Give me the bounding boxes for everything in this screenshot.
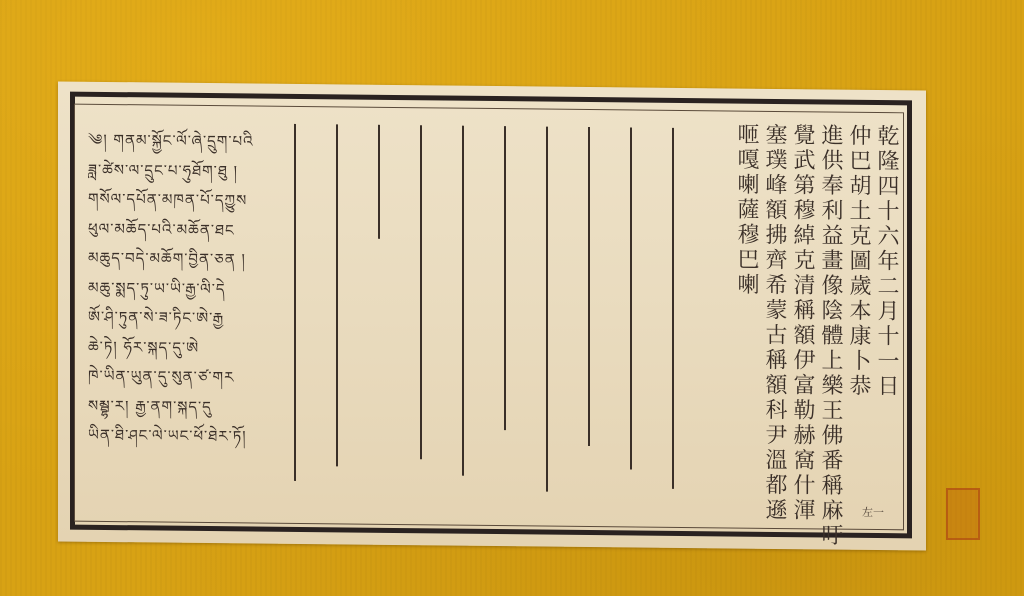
mongolian-column — [288, 124, 302, 504]
chinese-text-block: 乾隆四十六年二月十一日 仲巴胡土克圖歲本康卜恭 進供奉利益畫像陰體上樂王佛番稱麻… — [734, 123, 898, 550]
tibetan-line: ཟླ་ཚེས་ལ་དྲུང་པ་ཧུཐོག་ཐུ ། — [88, 155, 288, 187]
red-seal-stamp — [946, 488, 980, 540]
tibetan-text-block: ༄། གནམ་སྐྱོང་ལོ་ཞེ་དྲུག་པའི ཟླ་ཚེས་ལ་དྲུ… — [88, 126, 288, 453]
tibetan-line: ཨོ་ཤི་ཏུན་སེ་ཟ་ཏིང་ཨེ་རྒྱ — [88, 303, 288, 335]
mongolian-column — [540, 127, 554, 507]
chinese-column: 覺武第穆綽克清稱額伊富勒赫窩什渾 — [790, 123, 814, 548]
chinese-column-date: 乾隆四十六年二月十一日 — [874, 124, 898, 549]
mongolian-text-block — [288, 124, 728, 509]
mongolian-column — [624, 127, 638, 507]
mongolian-column — [498, 126, 512, 506]
document-paper: ༄། གནམ་སྐྱོང་ལོ་ཞེ་དྲུག་པའི ཟླ་ཚེས་ལ་དྲུ… — [58, 81, 926, 550]
chinese-column: 咂嘎喇薩穆巴喇 — [734, 123, 758, 548]
tibetan-line: ཆེ་ཏེ། ཧོར་སྐད་དུ་ཨེ — [88, 332, 288, 364]
tibetan-line: གསོལ་དཔོན་མཁན་པོ་དཀྱུས — [88, 185, 288, 217]
chinese-column: 塞璞峰額拂齊希蒙古稱額科尹溫都遜 — [762, 123, 786, 548]
mongolian-column — [666, 128, 680, 508]
mongolian-column — [330, 124, 344, 504]
tibetan-line: ༄། གནམ་སྐྱོང་ལོ་ཞེ་དྲུག་པའི — [88, 126, 288, 158]
tibetan-line: མཆུད་བདེ་མཆོག་བྱིན་ཅན ། — [88, 244, 288, 276]
tibetan-line: ཡིན་ཐི་ཤང་ལེ་ཡང་ཕོ་ཐེར་ཏོ། — [88, 421, 288, 453]
mongolian-column — [456, 126, 470, 506]
chinese-column: 仲巴胡土克圖歲本康卜恭 — [846, 124, 870, 549]
mongolian-column — [414, 125, 428, 505]
mongolian-column — [372, 125, 386, 505]
tibetan-line: མཆུ་སྨད་ཏུ་ཡ་ཡི་རྒྱ་ལི་དེ — [88, 273, 288, 305]
chinese-column: 進供奉利益畫像陰體上樂王佛番稱麻吁 — [818, 123, 842, 548]
mongolian-column — [582, 127, 596, 507]
tibetan-line: ཁེ་ཡིན་ཡུན་དུ་སུན་ཙ་གར — [88, 362, 288, 394]
tibetan-line: སམྦྷ་ར། རྒྱ་ནག་སྐད་དུ — [88, 391, 288, 423]
position-mark: 左一 — [862, 504, 884, 520]
tibetan-line: ཕུལ་མཆོད་པའི་མཆོན་ཐང — [88, 214, 288, 246]
